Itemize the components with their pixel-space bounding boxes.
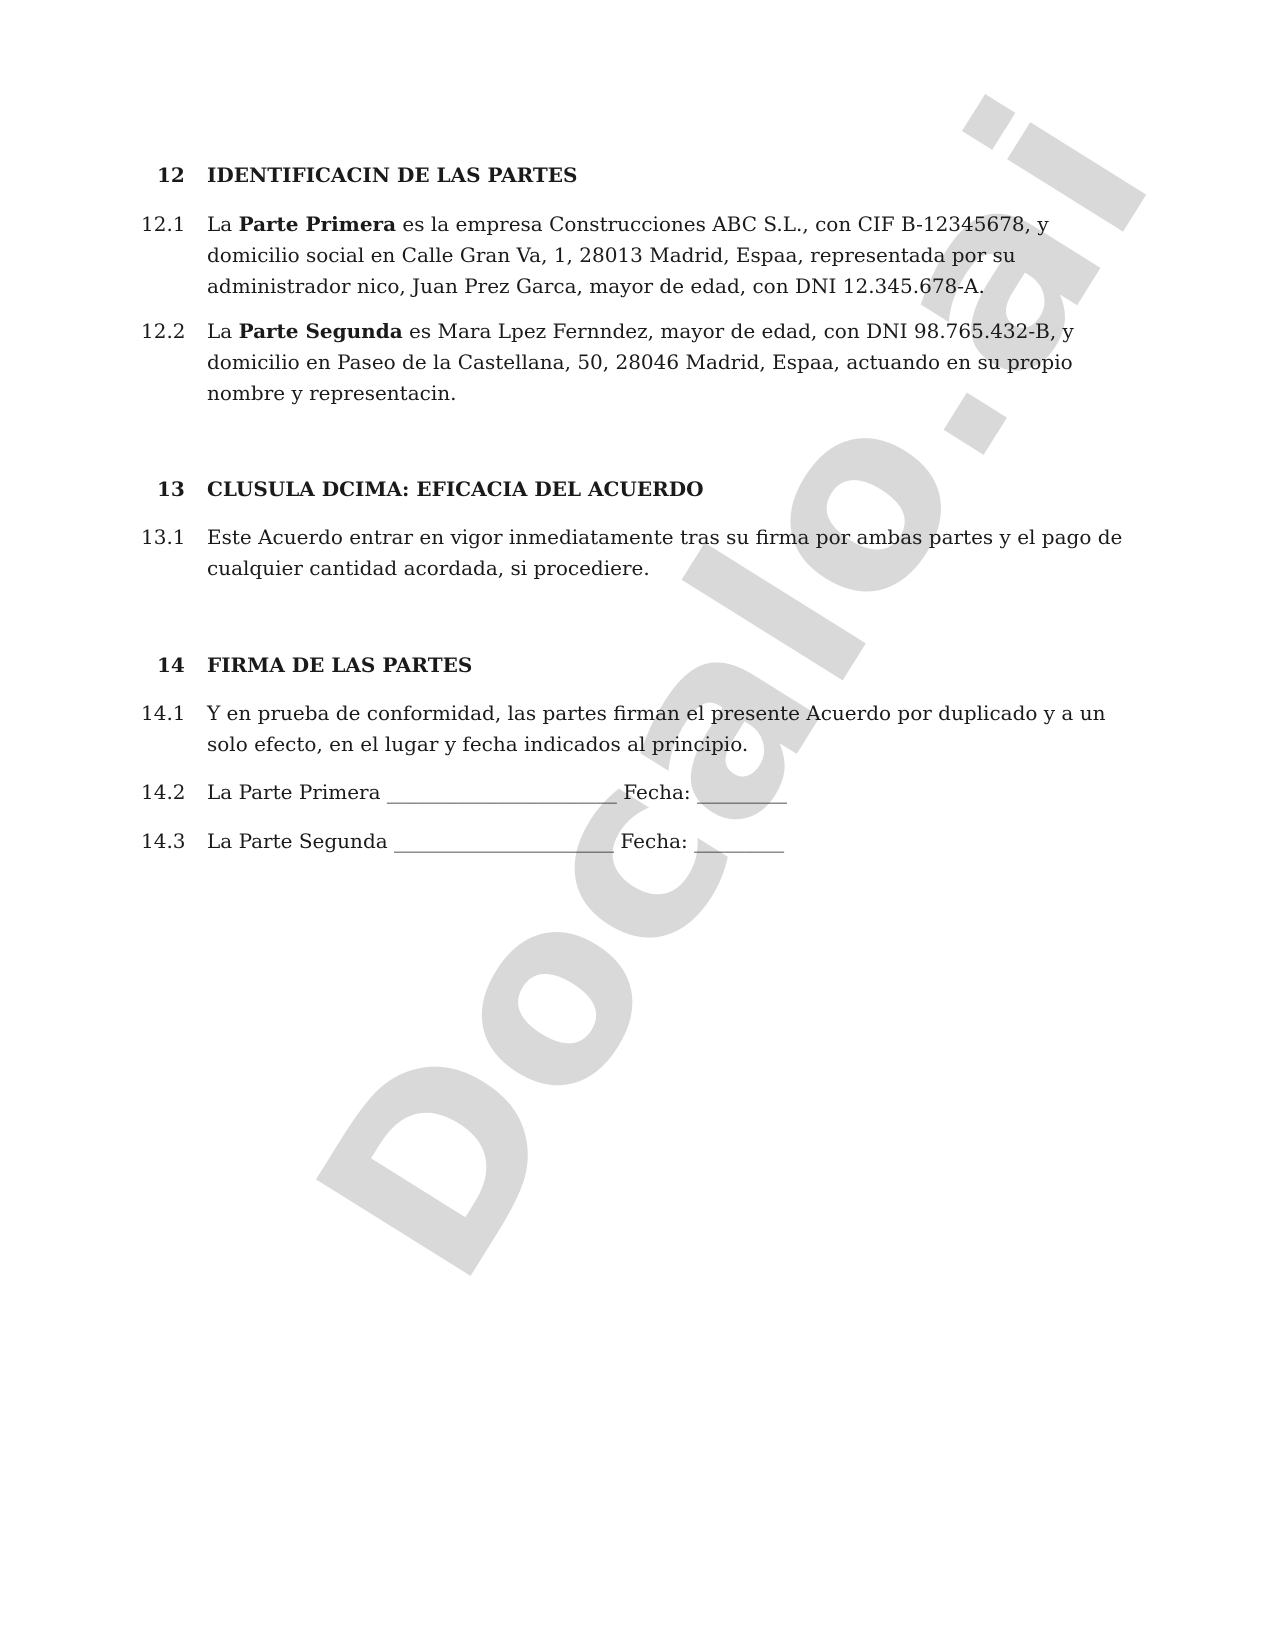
document-page: Docalo.ai 12 IDENTIFICACIN DE LAS PARTES… [0, 0, 1275, 1650]
clause-number: 14.2 [141, 777, 186, 808]
section-title: FIRMA DE LAS PARTES [207, 653, 472, 677]
signature-line-first: 14.2 La Parte Primera __________________… [141, 777, 1131, 808]
signature-line-second: 14.3 La Parte Segunda __________________… [141, 826, 1131, 857]
clause-number: 13.1 [141, 522, 186, 553]
clause-number: 12.2 [141, 316, 186, 347]
section-title: IDENTIFICACIN DE LAS PARTES [207, 163, 577, 187]
clause-number: 14.3 [141, 826, 186, 857]
clause-text: La [207, 212, 239, 236]
clause-text: La [207, 319, 239, 343]
clause-text: La Parte Segunda ______________________ … [207, 826, 1131, 857]
clause-text: Este Acuerdo entrar en vigor inmediatame… [207, 522, 1131, 584]
party-name: Parte Segunda [239, 319, 403, 343]
section-number: 14 [157, 653, 187, 677]
clause-number: 12.1 [141, 209, 186, 240]
section-title: CLUSULA DCIMA: EFICACIA DEL ACUERDO [207, 477, 703, 501]
section-number: 13 [157, 477, 187, 501]
clause: 13.1 Este Acuerdo entrar en vigor inmedi… [141, 522, 1131, 584]
clause-text: La Parte Primera _______________________… [207, 777, 1131, 808]
clause: 14.1 Y en prueba de conformidad, las par… [141, 698, 1131, 760]
clause-number: 14.1 [141, 698, 186, 729]
clause-text: Y en prueba de conformidad, las partes f… [207, 698, 1131, 760]
section-number: 12 [157, 163, 187, 187]
clause: 12.2 La Parte Segunda es Mara Lpez Fernn… [141, 316, 1131, 409]
clause: 12.1 La Parte Primera es la empresa Cons… [141, 209, 1131, 302]
party-name: Parte Primera [239, 212, 396, 236]
